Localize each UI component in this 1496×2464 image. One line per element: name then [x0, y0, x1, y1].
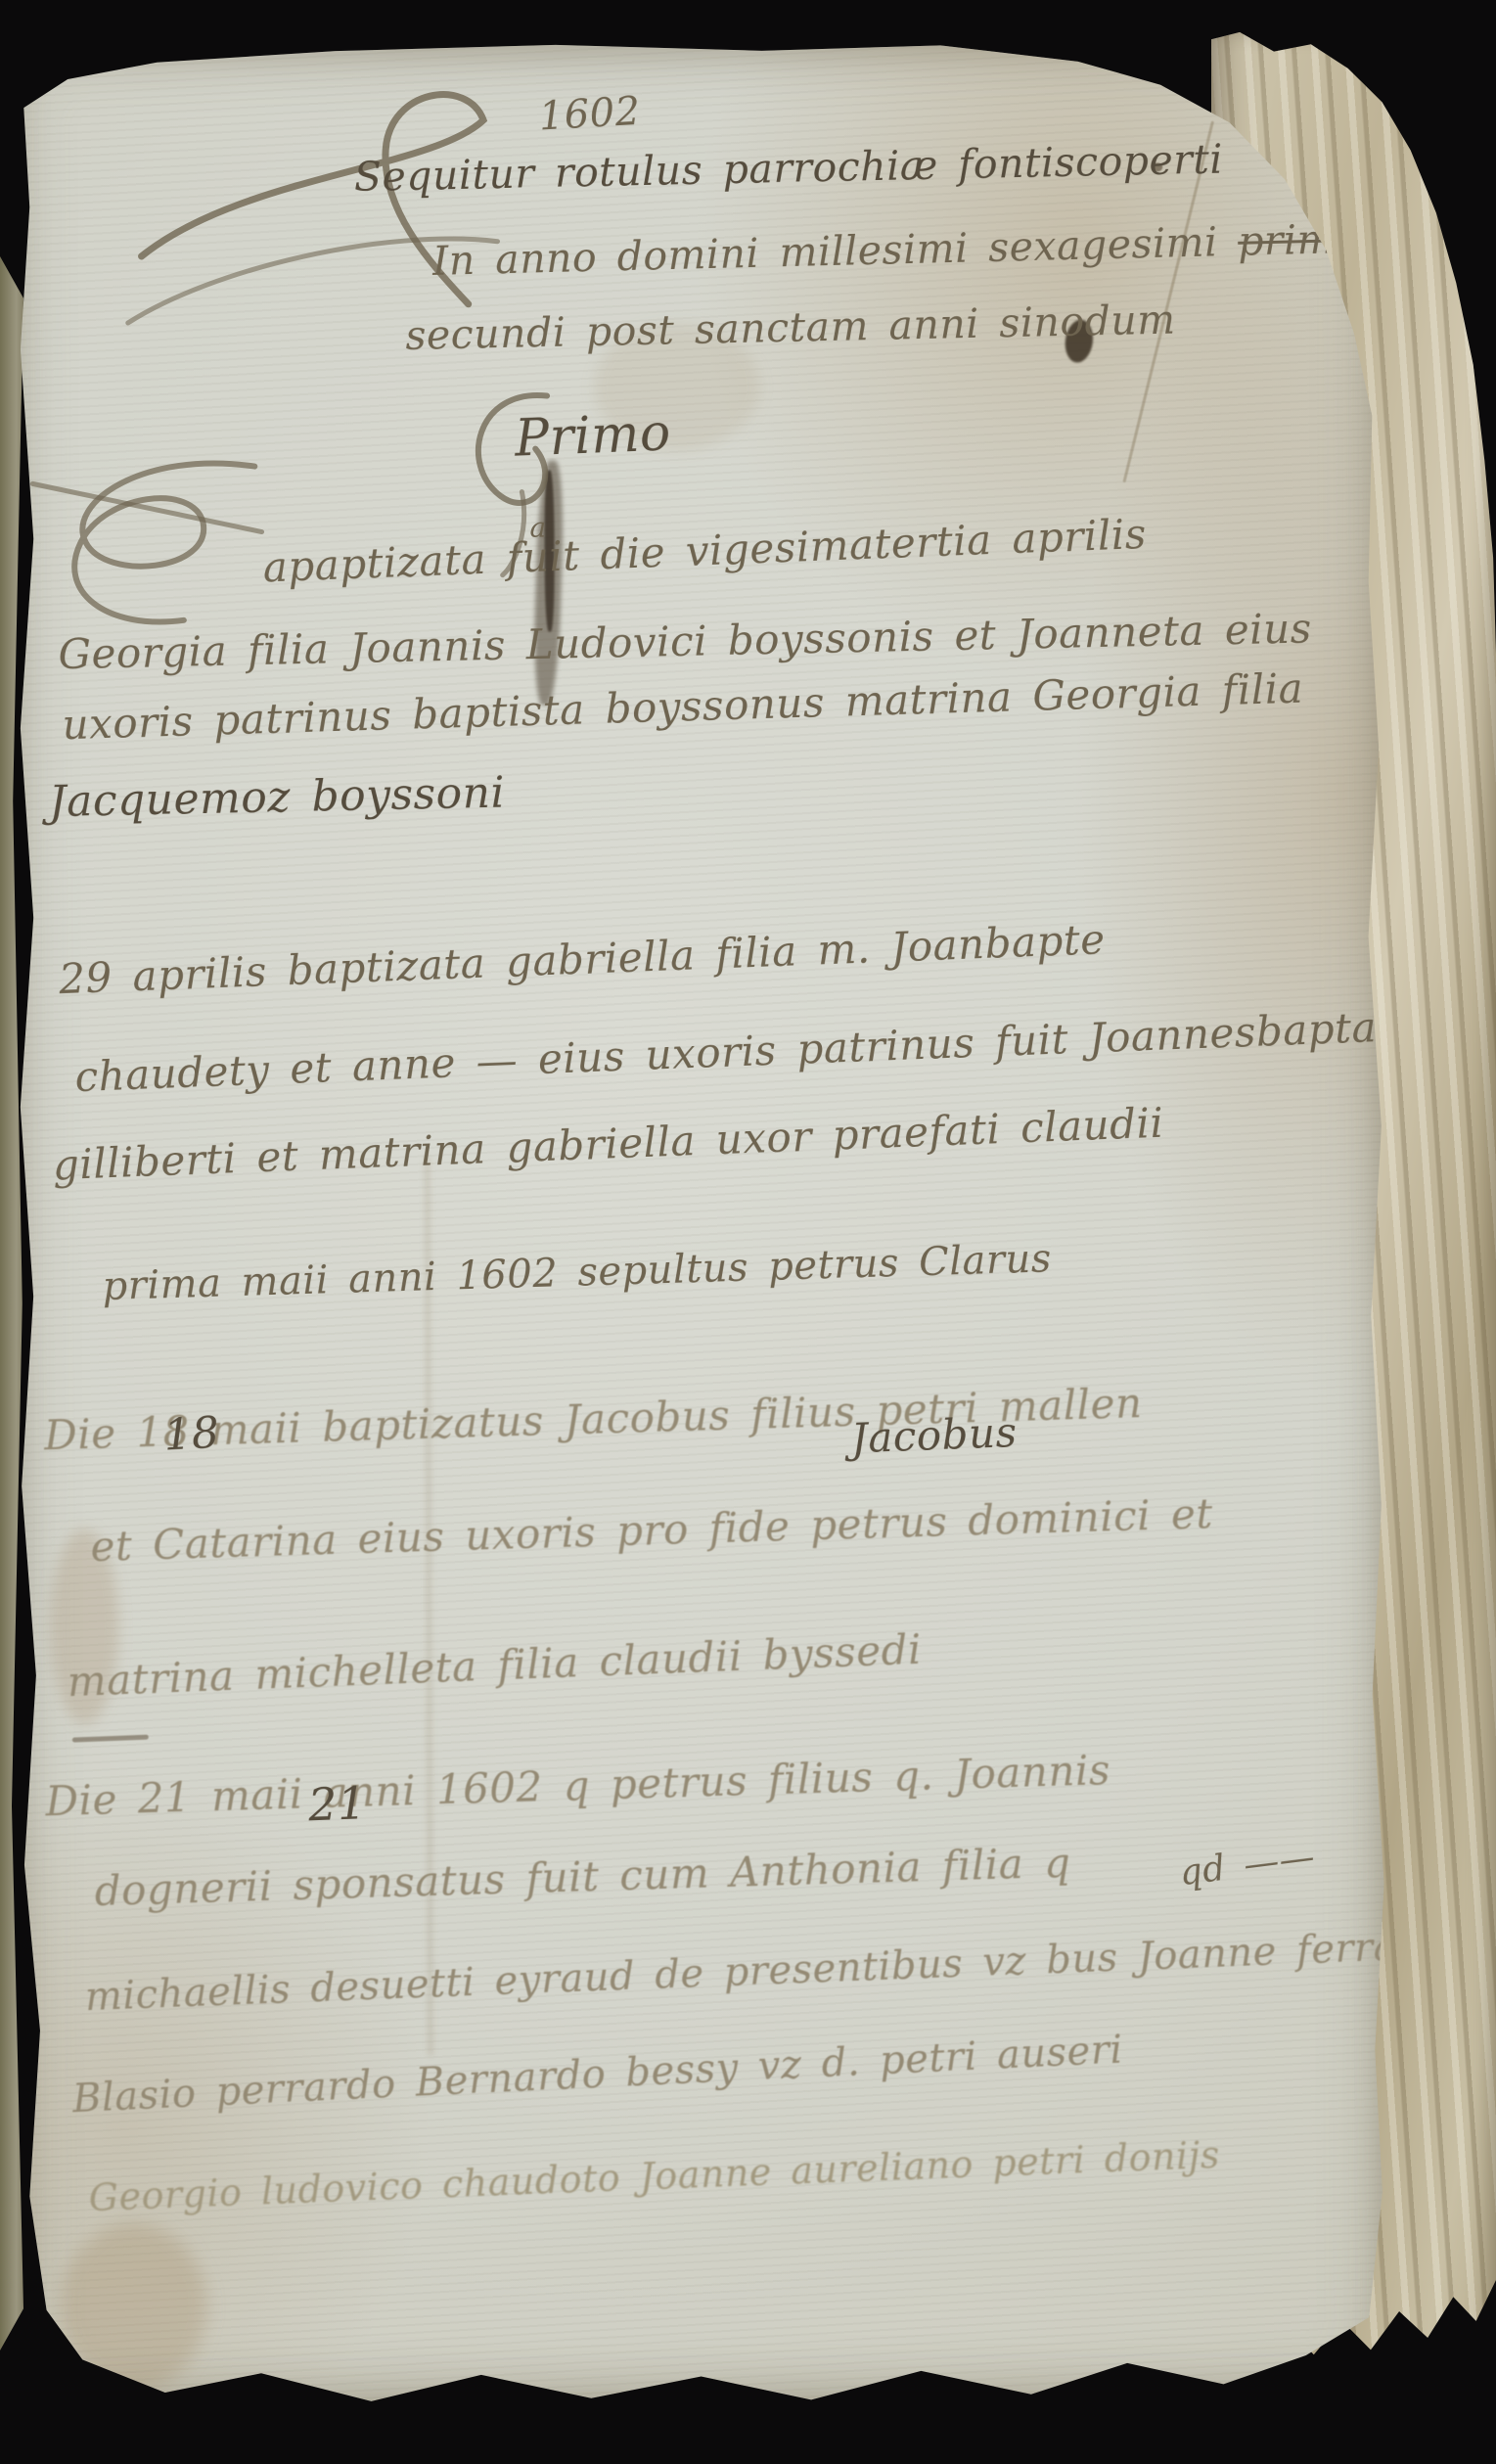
entry1-line1: apaptizata fuit die vigesimatertia april… — [262, 510, 1148, 592]
entry1-line4: Jacquemoz boyssoni — [49, 768, 506, 828]
entry4-margin-note: qd —— — [1177, 1837, 1317, 1894]
entry3-day-overwrite: 18 — [162, 1408, 221, 1461]
manuscript-photo: 1602 Sequitur rotulus parrochiæ fontisco… — [0, 0, 1496, 2464]
title-line: Sequitur rotulus parrochiæ fontiscoperti — [353, 136, 1223, 202]
entry4-line5: Georgio ludovico chaudoto Joanne aurelia… — [88, 2133, 1221, 2219]
entry1-line3: uxoris patrinus baptista boyssonus matri… — [62, 664, 1304, 750]
entry3-line2: et Catarina eius uxoris pro fide petrus … — [90, 1489, 1214, 1571]
section-heading: Primo — [514, 404, 672, 469]
entry4-line3: michaellis desuetti eyraud de presentibu… — [84, 1923, 1443, 2020]
dating-line-2: secundi post sanctam anni sinodum — [405, 297, 1176, 359]
entry4-line1: Die 21 maii anni 1602 q petrus filius q.… — [45, 1746, 1111, 1825]
entry1-line2: Georgia filia Joannis Ludovici boyssonis… — [58, 604, 1312, 678]
year-label: 1602 — [538, 89, 642, 140]
ink-smudge-streak — [532, 460, 566, 706]
under-page-left-edge — [0, 256, 23, 2350]
entry4-line4: Blasio perrardo Bernardo bessy vz d. pet… — [71, 2028, 1124, 2122]
margin-scribble-flourish — [24, 423, 270, 654]
entry3-line3: matrina michelleta filia claudii byssedi — [67, 1625, 923, 1707]
ink-dash-mark — [72, 1735, 149, 1743]
manuscript-leaf: 1602 Sequitur rotulus parrochiæ fontisco… — [6, 37, 1388, 2410]
entry2-line2: chaudety et anne — eius uxoris patrinus … — [74, 1003, 1378, 1101]
entry4-day-overwrite: 21 — [307, 1776, 368, 1831]
entry4-line2: dognerii sponsatus fuit cum Anthonia fil… — [94, 1839, 1071, 1916]
entry3-name-overwrite: Jacobus — [850, 1408, 1018, 1462]
foxing-spot-bottom-left — [61, 2223, 208, 2391]
entry2-line1: 29 aprilis baptizata gabriella filia m. … — [58, 915, 1106, 1003]
burial-line: prima maii anni 1602 sepultus petrus Cla… — [102, 1236, 1052, 1309]
dating-line-1-main: In anno domini millesimi sexagesimi — [431, 218, 1218, 285]
dating-line-1: In anno domini millesimi sexagesimi prim… — [431, 215, 1349, 285]
entry2-line3: gilliberti et matrina gabriella uxor pra… — [52, 1099, 1164, 1190]
